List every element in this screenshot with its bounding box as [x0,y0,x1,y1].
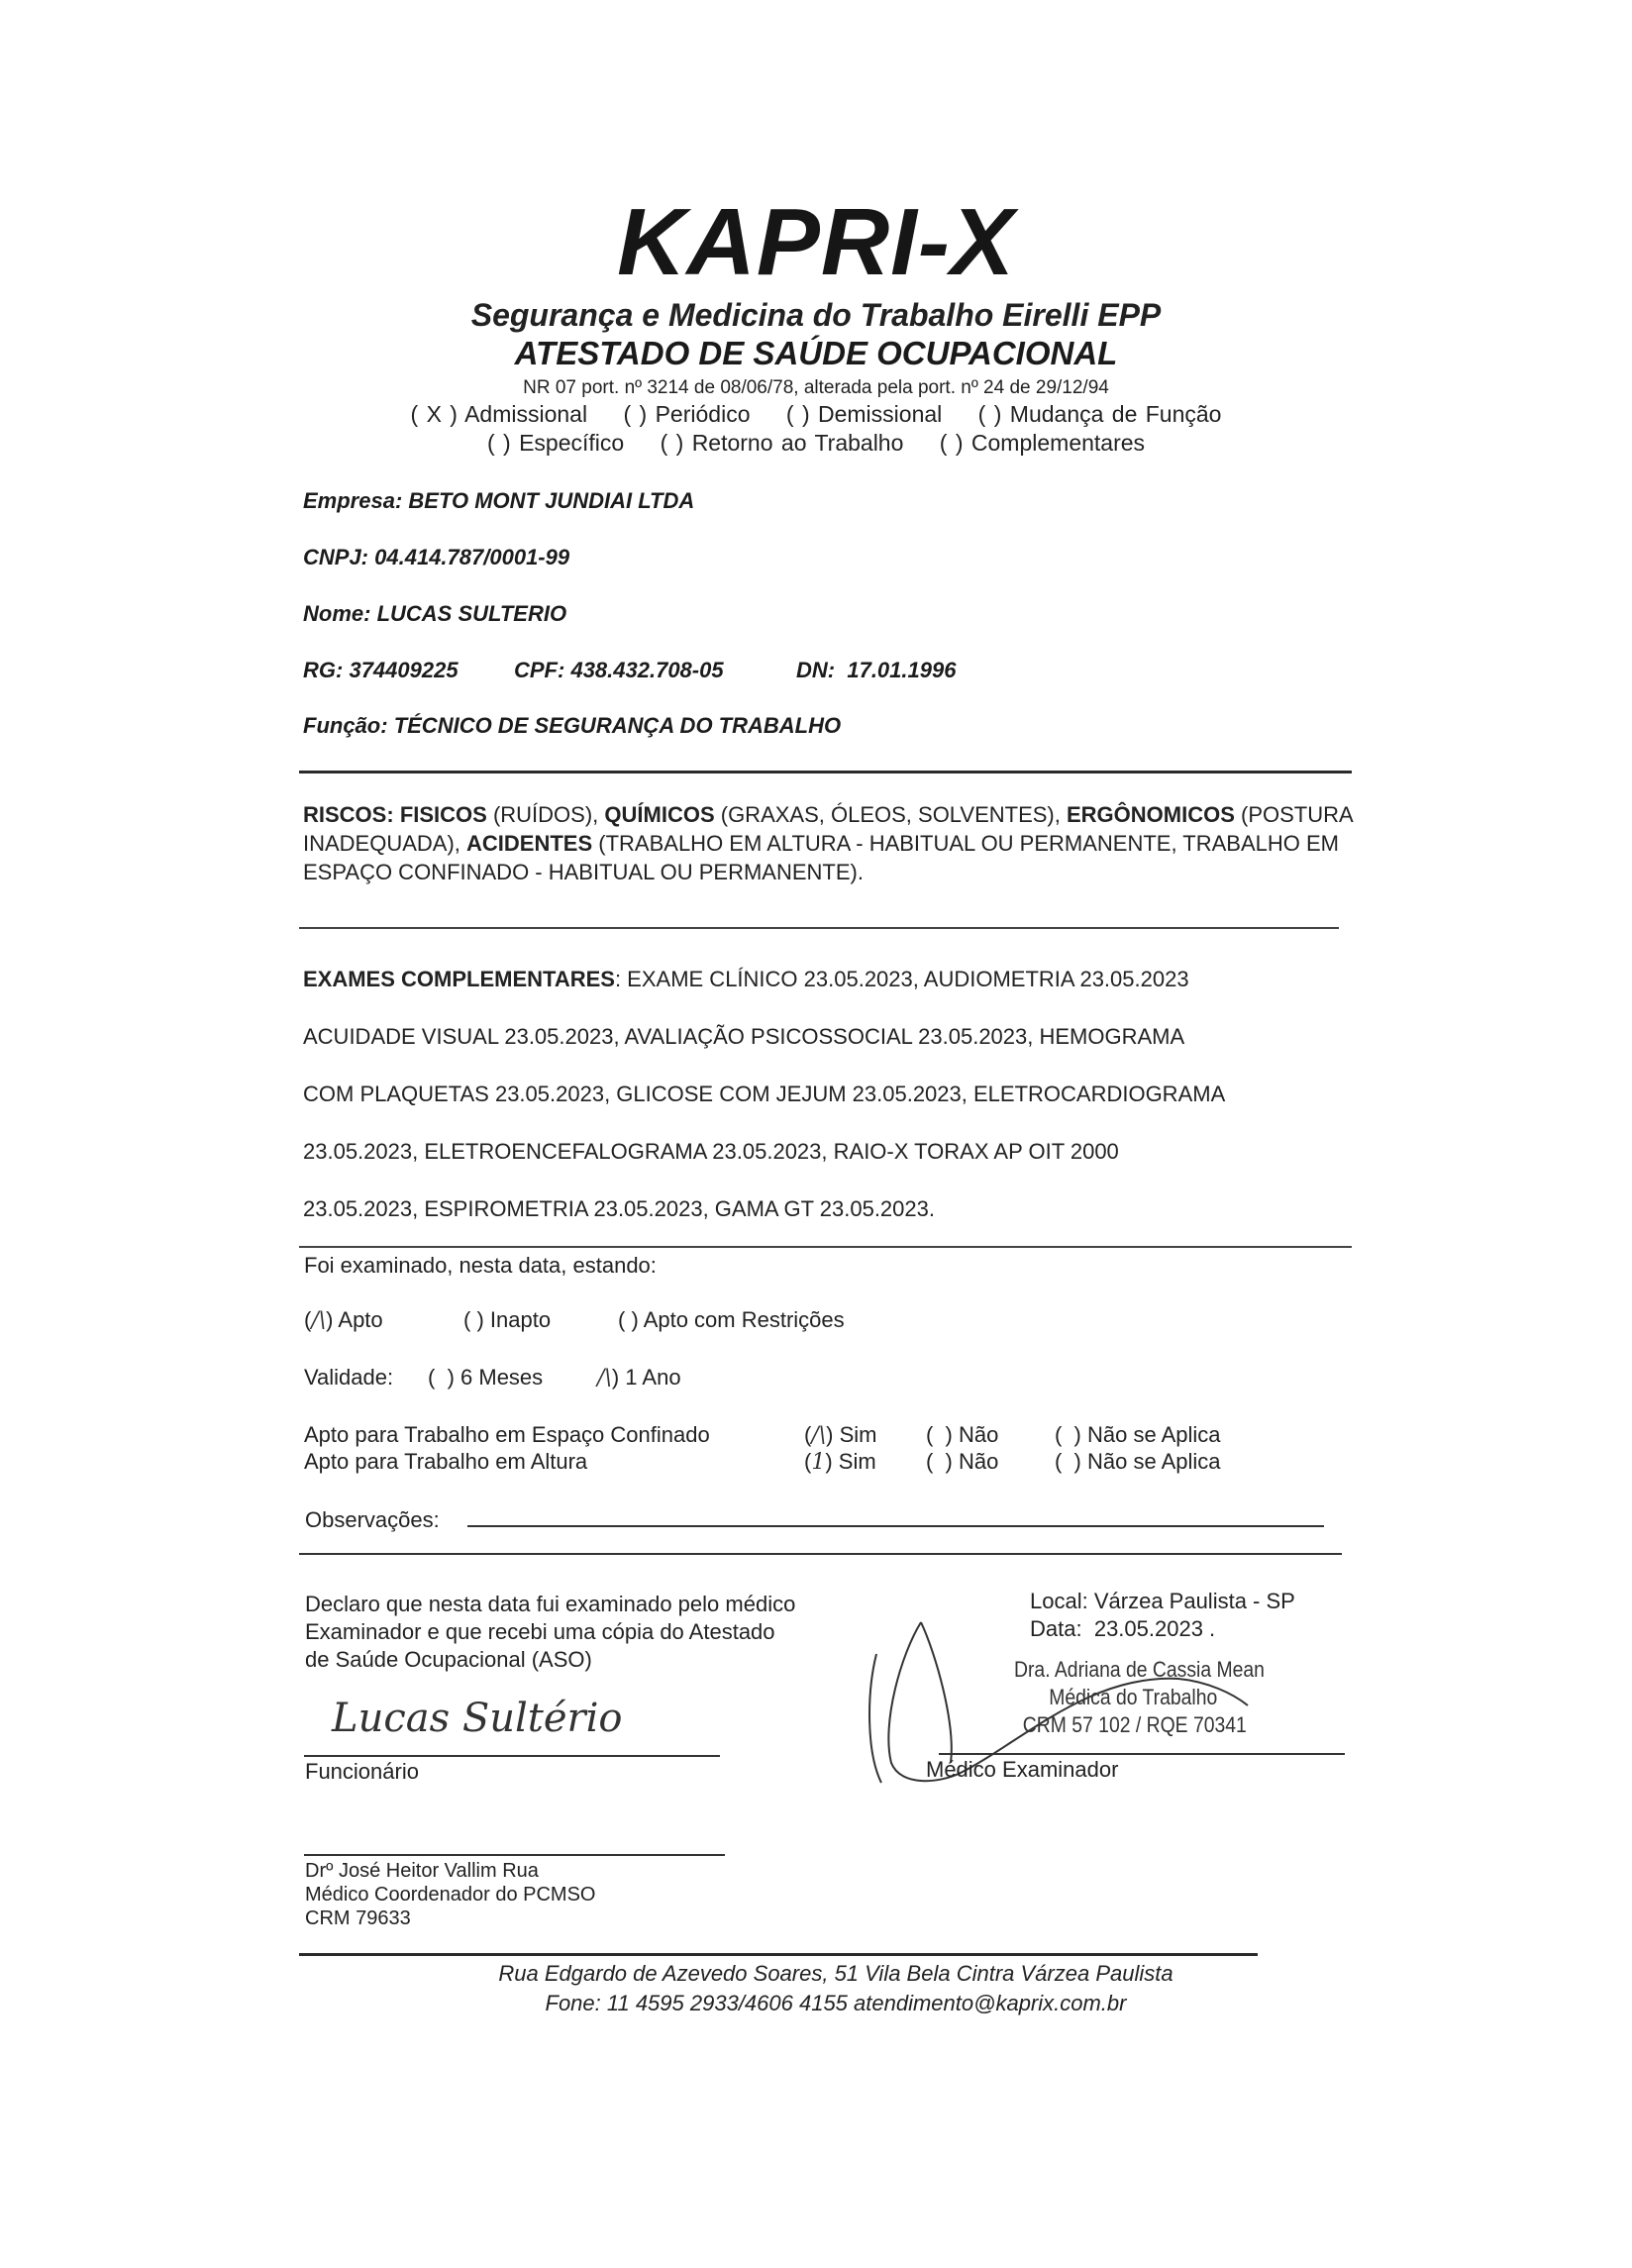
exam-type-row-1: ( X ) Admissional ( ) Periódico ( ) Demi… [0,401,1632,428]
dn-field: DN: 17.01.1996 [796,658,956,683]
aptidao-confinado-na[interactable]: ( ) Não se Aplica [1055,1422,1221,1448]
aptidao-confinado-label: Apto para Trabalho em Espaço Confinado [304,1422,710,1448]
regulation-reference: NR 07 port. nº 3214 de 08/06/78, alterad… [0,377,1632,399]
riscos-section: RISCOS: FISICOS (RUÍDOS), QUÍMICOS (GRAX… [303,800,1353,886]
exam-type-complementares[interactable]: ( ) Complementares [940,430,1145,456]
funcao-value: TÉCNICO DE SEGURANÇA DO TRABALHO [394,713,841,738]
exam-type-row-2: ( ) Específico ( ) Retorno ao Trabalho (… [0,430,1632,457]
exam-type-especifico[interactable]: ( ) Específico [487,430,624,456]
footer-address: Rua Edgardo de Azevedo Soares, 51 Vila B… [40,1959,1632,1989]
footer-divider [299,1953,1258,1956]
exam-type-mudanca-funcao[interactable]: ( ) Mudança de Função [978,401,1222,427]
coordinator-block: Drº José Heitor Vallim Rua Médico Coorde… [305,1859,595,1930]
local-value: Várzea Paulista - SP [1094,1589,1295,1613]
nome-field: Nome: LUCAS SULTERIO [303,601,566,627]
coordinator-signature-line [304,1854,725,1856]
coordinator-role: Médico Coordenador do PCMSO [305,1883,595,1907]
cpf-field: CPF: 438.432.708-05 [514,658,724,683]
declaration-text: Declaro que nesta data fui examinado pel… [305,1591,795,1674]
validade-6-meses[interactable]: ( ) 6 Meses [428,1365,543,1391]
coordinator-crm: CRM 79633 [305,1907,595,1930]
coordinator-name: Drº José Heitor Vallim Rua [305,1859,595,1883]
exames-line: EXAMES COMPLEMENTARES: EXAME CLÍNICO 23.… [303,951,1353,1008]
exam-type-admissional[interactable]: ( X ) Admissional [411,401,588,427]
document-title: ATESTADO DE SAÚDE OCUPACIONAL [0,335,1632,372]
examiner-signer-label: Médico Examinador [926,1757,1118,1783]
validade-label: Validade: [304,1365,393,1391]
divider [299,771,1352,773]
aptidao-altura-sim[interactable]: (1) Sim [804,1449,876,1475]
empresa-field: Empresa: BETO MONT JUNDIAI LTDA [303,488,694,514]
status-inapto[interactable]: ( ) Inapto [463,1307,551,1333]
aptidao-confinado-sim[interactable]: (/\) Sim [804,1422,877,1448]
divider [299,927,1339,929]
validade-1-ano[interactable]: /\) 1 Ano [597,1365,681,1391]
cnpj-value: 04.414.787/0001-99 [374,545,569,569]
exam-type-demissional[interactable]: ( ) Demissional [786,401,942,427]
result-intro: Foi examinado, nesta data, estando: [304,1253,657,1279]
rg-field: RG: 374409225 [303,658,459,683]
empresa-value: BETO MONT JUNDIAI LTDA [408,488,694,513]
footer: Rua Edgardo de Azevedo Soares, 51 Vila B… [0,1959,1632,2018]
exames-line: 23.05.2023, ESPIROMETRIA 23.05.2023, GAM… [303,1181,1353,1238]
exam-type-periodico[interactable]: ( ) Periódico [623,401,750,427]
exames-section: EXAMES COMPLEMENTARES: EXAME CLÍNICO 23.… [303,951,1353,1238]
cnpj-field: CNPJ: 04.414.787/0001-99 [303,545,569,570]
exames-line: 23.05.2023, ELETROENCEFALOGRAMA 23.05.20… [303,1123,1353,1181]
rg-value: 374409225 [349,658,458,682]
dn-value: 17.01.1996 [847,658,956,682]
aptidao-altura-label: Apto para Trabalho em Altura [304,1449,587,1475]
employee-signer-label: Funcionário [305,1759,419,1785]
aptidao-altura-nao[interactable]: ( ) Não [926,1449,998,1475]
status-apto[interactable]: (/\) Apto [304,1307,383,1333]
observacoes-field[interactable] [467,1525,1324,1527]
company-logo: KAPRI-X [0,188,1632,297]
divider [299,1246,1352,1248]
exam-type-retorno[interactable]: ( ) Retorno ao Trabalho [661,430,904,456]
status-apto-restricoes[interactable]: ( ) Apto com Restrições [618,1307,845,1333]
footer-contact: Fone: 11 4595 2933/4606 4155 atendimento… [40,1989,1632,2018]
exames-line: ACUIDADE VISUAL 23.05.2023, AVALIAÇÃO PS… [303,1008,1353,1066]
aptidao-confinado-nao[interactable]: ( ) Não [926,1422,998,1448]
observacoes-label: Observações: [305,1507,440,1533]
cpf-value: 438.432.708-05 [570,658,723,682]
employee-signature-line [304,1755,720,1757]
aptidao-altura-na[interactable]: ( ) Não se Aplica [1055,1449,1221,1475]
company-subtitle: Segurança e Medicina do Trabalho Eirelli… [0,297,1632,334]
employee-signature: Lucas Sultério [332,1696,623,1741]
examiner-signature-line [939,1753,1345,1755]
exames-line: COM PLAQUETAS 23.05.2023, GLICOSE COM JE… [303,1066,1353,1123]
observacoes-line-2[interactable] [299,1553,1342,1555]
funcao-field: Função: TÉCNICO DE SEGURANÇA DO TRABALHO [303,713,841,739]
nome-value: LUCAS SULTERIO [377,601,566,626]
